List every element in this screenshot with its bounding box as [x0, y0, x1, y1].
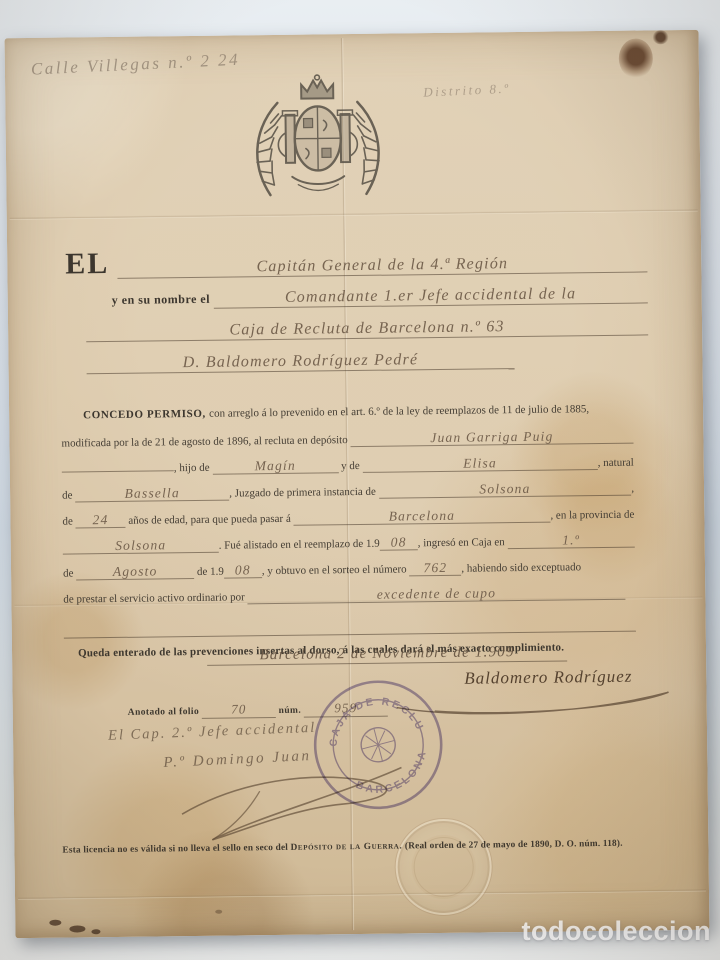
embossed-dry-seal — [395, 818, 492, 915]
hw-province: Solsona — [63, 538, 219, 554]
hw-entry-day: 1.º — [507, 533, 634, 549]
hw-enlist-year: 08 — [380, 535, 418, 550]
site-watermark: todocoleccion — [521, 916, 711, 947]
hw-father-name: Magín — [212, 458, 338, 474]
document-paper: Calle Villegas n.º 2 24 Distrito 8.º — [5, 30, 710, 938]
hw-deputy-line: Comandante 1.er Jefe accidental de la — [213, 284, 647, 308]
svg-text:CAJA DE RECLUTA: CAJA DE RECLUTA — [293, 659, 427, 762]
footer-text-start: Esta licencia no es válida si no lleva e… — [62, 843, 290, 856]
hw-issue-date: Barcelona 2 de Noviembre de 1.909 — [207, 643, 567, 665]
document-heading: EL Capitán General de la 4.ª Región y en… — [65, 242, 648, 374]
dirt-speck — [215, 910, 222, 914]
ink-stain — [619, 38, 653, 78]
horizontal-fold-crease — [18, 889, 706, 900]
hw-authority-line: Capitán General de la 4.ª Región — [117, 253, 647, 278]
hw-lottery-number: 762 — [409, 561, 461, 576]
issue-date-line: Barcelona 2 de Noviembre de 1.909 — [207, 643, 567, 665]
hw-destination: Barcelona — [293, 508, 550, 526]
permit-body: CONCEDO PERMISO, con arreglo á lo preven… — [61, 403, 636, 660]
photo-scene: Calle Villegas n.º 2 24 Distrito 8.º — [0, 0, 720, 960]
dirt-speck — [91, 929, 100, 934]
stamp-arc-top-text: CAJA DE RECLUTA — [293, 659, 427, 762]
dirt-speck — [49, 920, 61, 926]
hw-commander-name-line: D. Baldomero Rodríguez Pedré — [86, 350, 514, 374]
hw-birthplace: Bassella — [75, 486, 229, 502]
concedo-permiso-label: CONCEDO PERMISO, — [83, 408, 209, 422]
hw-court-district: Solsona — [378, 481, 631, 499]
pencil-note-top-left: Calle Villegas n.º 2 24 — [31, 50, 241, 80]
hw-folio-number: 70 — [202, 701, 276, 719]
anotado-label: Anotado al folio — [128, 707, 202, 718]
footer-deposito-smallcaps: Depósito de la Guerra. — [291, 841, 403, 852]
ink-stain — [652, 30, 668, 44]
hw-recruit-name: Juan Garriga Puig — [350, 429, 633, 447]
horizontal-fold-crease — [10, 209, 698, 220]
hw-entry-month: Agosto — [76, 564, 194, 580]
hw-entry-year: 08 — [224, 563, 262, 578]
form-line-8: de prestar el servicio activo ordinario … — [63, 585, 635, 618]
hw-unit-line: Caja de Recluta de Barcelona n.º 63 — [86, 316, 648, 342]
hw-age: 24 — [75, 513, 125, 528]
blank-rule-full — [64, 617, 636, 639]
law-reference-text: con arreglo á lo prevenido en el art. 6.… — [209, 403, 589, 420]
blank-rule — [62, 470, 174, 472]
dirt-speck — [69, 925, 85, 932]
modified-law-text: modificada por la de 21 de agosto de 189… — [61, 434, 350, 450]
royal-crest-emblem — [233, 71, 403, 207]
en-su-nombre-label: y en su nombre el — [112, 292, 214, 308]
hw-mother-name: Elisa — [362, 455, 597, 472]
heading-el-word: EL — [65, 249, 109, 280]
footer-text-end: (Real orden de 27 de mayo de 1890, D. O.… — [402, 839, 622, 852]
pencil-note-top-right: Distrito 8.º — [423, 81, 511, 101]
